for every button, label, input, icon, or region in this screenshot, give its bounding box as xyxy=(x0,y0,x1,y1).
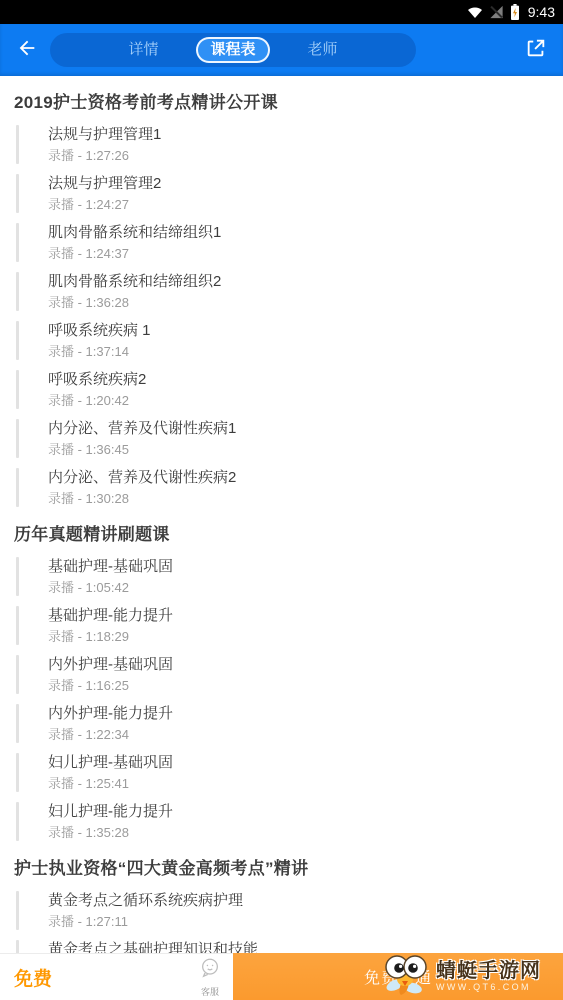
back-arrow-icon xyxy=(16,37,38,64)
tab-teacher[interactable]: 老师 xyxy=(296,37,350,63)
course-title: 妇儿护理-能力提升 xyxy=(48,801,549,823)
open-in-new-icon xyxy=(525,37,547,64)
course-row[interactable]: 基础护理-能力提升录播 - 1:18:29 xyxy=(0,605,563,646)
course-meta: 录播 - 1:30:28 xyxy=(48,490,549,508)
row-indicator-bar xyxy=(16,125,19,164)
row-indicator-bar xyxy=(16,557,19,596)
course-meta: 录播 - 1:35:28 xyxy=(48,824,549,842)
row-indicator-bar xyxy=(16,321,19,360)
course-row[interactable]: 黄金考点之循环系统疾病护理录播 - 1:27:11 xyxy=(0,890,563,931)
customer-service-icon xyxy=(199,957,221,984)
course-meta: 录播 - 1:24:27 xyxy=(48,196,549,214)
row-indicator-bar xyxy=(16,704,19,743)
course-title: 法规与护理管理1 xyxy=(48,124,549,146)
course-row[interactable]: 呼吸系统疾病 1录播 - 1:37:14 xyxy=(0,320,563,361)
row-indicator-bar xyxy=(16,802,19,841)
share-button[interactable] xyxy=(521,35,551,65)
app-bar: 详情 课程表 老师 xyxy=(0,24,563,76)
app-screen: 9:43 详情 课程表 老师 2019护士资格考前 xyxy=(0,0,563,1000)
row-indicator-bar xyxy=(16,655,19,694)
course-title: 基础护理-基础巩固 xyxy=(48,556,549,578)
row-indicator-bar xyxy=(16,174,19,213)
course-row[interactable]: 内分泌、营养及代谢性疾病2录播 - 1:30:28 xyxy=(0,467,563,508)
course-row[interactable]: 肌肉骨骼系统和结缔组织1录播 - 1:24:37 xyxy=(0,222,563,263)
customer-service-label: 客服 xyxy=(201,985,219,998)
course-meta: 录播 - 1:20:42 xyxy=(48,392,549,410)
tab-bar: 详情 课程表 老师 xyxy=(50,33,416,67)
status-time: 9:43 xyxy=(528,4,555,20)
row-indicator-bar xyxy=(16,272,19,311)
course-meta: 录播 - 1:16:25 xyxy=(48,677,549,695)
course-list: 2019护士资格考前考点精讲公开课法规与护理管理1录播 - 1:27:26法规与… xyxy=(0,90,563,980)
course-title: 内外护理-基础巩固 xyxy=(48,654,549,676)
row-indicator-bar xyxy=(16,370,19,409)
section-title: 2019护士资格考前考点精讲公开课 xyxy=(14,90,549,116)
course-meta: 录播 - 1:22:34 xyxy=(48,726,549,744)
row-indicator-bar xyxy=(16,606,19,645)
course-title: 呼吸系统疾病 1 xyxy=(48,320,549,342)
course-row[interactable]: 内外护理-基础巩固录播 - 1:16:25 xyxy=(0,654,563,695)
free-activate-button[interactable]: 免费开通 xyxy=(233,953,563,1000)
course-title: 内外护理-能力提升 xyxy=(48,703,549,725)
course-meta: 录播 - 1:18:29 xyxy=(48,628,549,646)
free-activate-label: 免费开通 xyxy=(364,965,432,988)
course-meta: 录播 - 1:36:28 xyxy=(48,294,549,312)
row-indicator-bar xyxy=(16,753,19,792)
course-meta: 录播 - 1:37:14 xyxy=(48,343,549,361)
status-bar: 9:43 xyxy=(0,0,563,24)
row-indicator-bar xyxy=(16,223,19,262)
tab-details[interactable]: 详情 xyxy=(116,37,170,63)
course-title: 基础护理-能力提升 xyxy=(48,605,549,627)
course-title: 法规与护理管理2 xyxy=(48,173,549,195)
course-row[interactable]: 妇儿护理-能力提升录播 - 1:35:28 xyxy=(0,801,563,842)
course-row[interactable]: 法规与护理管理1录播 - 1:27:26 xyxy=(0,124,563,165)
no-signal-icon xyxy=(489,5,504,19)
course-row[interactable]: 内外护理-能力提升录播 - 1:22:34 xyxy=(0,703,563,744)
course-row[interactable]: 呼吸系统疾病2录播 - 1:20:42 xyxy=(0,369,563,410)
battery-charging-icon xyxy=(510,4,520,20)
course-title: 内分泌、营养及代谢性疾病2 xyxy=(48,467,549,489)
customer-service-button[interactable]: 客服 xyxy=(186,956,234,998)
course-meta: 录播 - 1:36:45 xyxy=(48,441,549,459)
price-label: 免费 xyxy=(14,964,52,991)
course-row[interactable]: 内分泌、营养及代谢性疾病1录播 - 1:36:45 xyxy=(0,418,563,459)
course-meta: 录播 - 1:27:26 xyxy=(48,147,549,165)
row-indicator-bar xyxy=(16,468,19,507)
row-indicator-bar xyxy=(16,419,19,458)
wifi-icon xyxy=(467,5,483,19)
course-row[interactable]: 法规与护理管理2录播 - 1:24:27 xyxy=(0,173,563,214)
bottom-bar: 免费 客服 免费开通 xyxy=(0,953,563,1000)
course-title: 呼吸系统疾病2 xyxy=(48,369,549,391)
course-title: 肌肉骨骼系统和结缔组织2 xyxy=(48,271,549,293)
course-row[interactable]: 肌肉骨骼系统和结缔组织2录播 - 1:36:28 xyxy=(0,271,563,312)
course-meta: 录播 - 1:27:11 xyxy=(48,913,549,931)
tab-schedule[interactable]: 课程表 xyxy=(196,37,269,63)
course-meta: 录播 - 1:25:41 xyxy=(48,775,549,793)
course-title: 内分泌、营养及代谢性疾病1 xyxy=(48,418,549,440)
course-title: 黄金考点之循环系统疾病护理 xyxy=(48,890,549,912)
back-button[interactable] xyxy=(12,35,42,65)
course-row[interactable]: 妇儿护理-基础巩固录播 - 1:25:41 xyxy=(0,752,563,793)
course-row[interactable]: 基础护理-基础巩固录播 - 1:05:42 xyxy=(0,556,563,597)
row-indicator-bar xyxy=(16,891,19,930)
section-title: 护士执业资格“四大黄金高频考点”精讲 xyxy=(14,856,549,882)
course-title: 肌肉骨骼系统和结缔组织1 xyxy=(48,222,549,244)
course-title: 妇儿护理-基础巩固 xyxy=(48,752,549,774)
course-meta: 录播 - 1:24:37 xyxy=(48,245,549,263)
section-title: 历年真题精讲刷题课 xyxy=(14,522,549,548)
course-meta: 录播 - 1:05:42 xyxy=(48,579,549,597)
